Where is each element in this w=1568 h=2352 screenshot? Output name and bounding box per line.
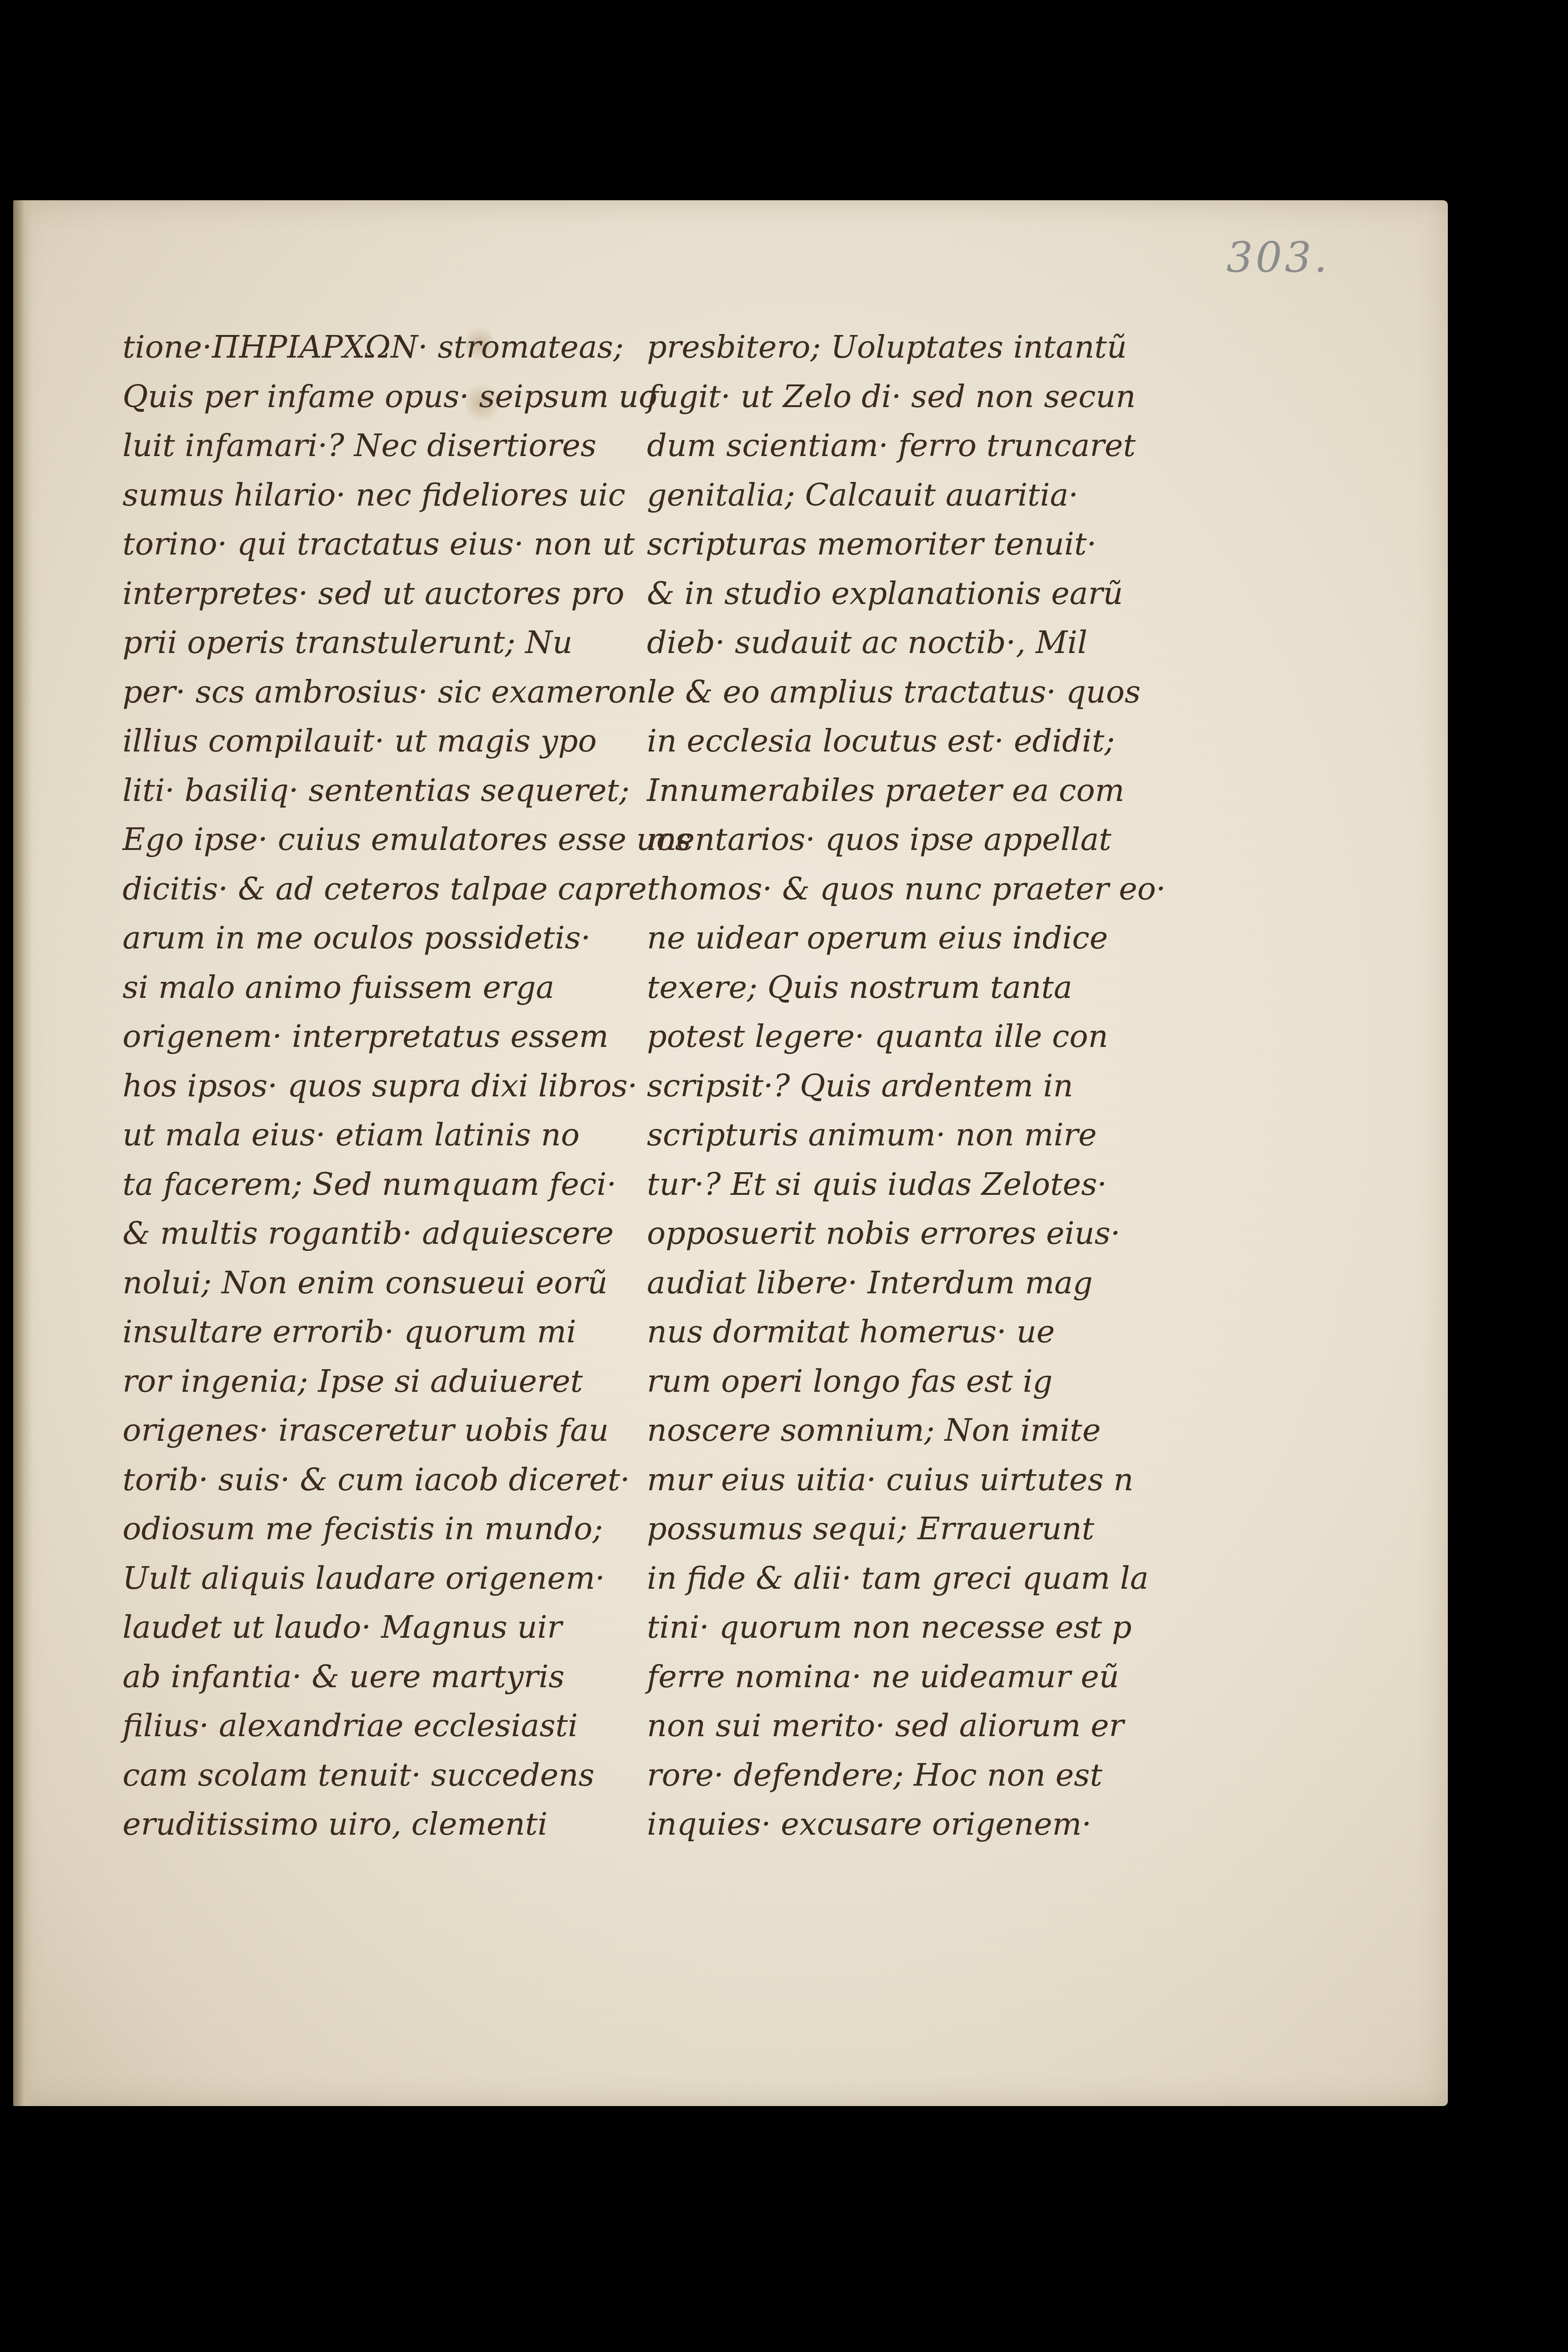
text-line: rore· defendere; Hoc non est	[647, 1751, 1189, 1800]
folio-number: 303.	[1226, 233, 1330, 282]
text-line: luit infamari·? Nec disertiores	[122, 421, 636, 471]
text-line: opposuerit nobis errores eius·	[647, 1209, 1189, 1258]
left-text-column: tione·ΠΗΡΙΑΡΧΩΝ· stromateas;Quis per inf…	[122, 323, 636, 1849]
text-line: prii operis transtulerunt; Nu	[122, 618, 636, 668]
text-line: origenem· interpretatus essem	[122, 1012, 636, 1062]
text-line: ror ingenia; Ipse si aduiueret	[122, 1357, 636, 1406]
text-line: rum operi longo fas est ig	[647, 1357, 1189, 1406]
text-line: fugit· ut Zelo di· sed non secun	[647, 372, 1189, 422]
text-line: Innumerabiles praeter ea com	[647, 766, 1189, 816]
text-line: Quis per infame opus· seipsum uo	[122, 372, 636, 422]
text-line: scripsit·? Quis ardentem in	[647, 1062, 1189, 1111]
text-line: thomos· & quos nunc praeter eo·	[647, 865, 1189, 914]
text-line: possumus sequi; Errauerunt	[647, 1504, 1189, 1554]
text-line: si malo animo fuissem erga	[122, 963, 636, 1013]
text-line: nus dormitat homerus· ue	[647, 1307, 1189, 1357]
text-line: odiosum me fecistis in mundo;	[122, 1504, 636, 1554]
text-line: tur·? Et si quis iudas Zelotes·	[647, 1160, 1189, 1209]
text-line: dicitis· & ad ceteros talpae capre	[122, 865, 636, 914]
text-line: ut mala eius· etiam latinis no	[122, 1111, 636, 1160]
text-line: scripturis animum· non mire	[647, 1111, 1189, 1160]
text-line: potest legere· quanta ille con	[647, 1012, 1189, 1062]
text-line: origenes· irasceretur uobis fau	[122, 1406, 636, 1455]
text-line: non sui merito· sed aliorum er	[647, 1701, 1189, 1751]
binding-edge	[13, 200, 32, 2106]
text-line: sumus hilario· nec fideliores uic	[122, 471, 636, 520]
text-line: le & eo amplius tractatus· quos	[647, 668, 1189, 717]
text-line: ferre nomina· ne uideamur eũ	[647, 1652, 1189, 1702]
text-line: insultare errorib· quorum mi	[122, 1307, 636, 1357]
text-line: eruditissimo uiro, clementi	[122, 1800, 636, 1849]
text-line: per· scs ambrosius· sic exameron	[122, 668, 636, 717]
text-line: in ecclesia locutus est· edidit;	[647, 717, 1189, 766]
text-line: liti· basiliq· sententias sequeret;	[122, 766, 636, 816]
text-line: Ego ipse· cuius emulatores esse uos	[122, 815, 636, 865]
text-line: tione·ΠΗΡΙΑΡΧΩΝ· stromateas;	[122, 323, 636, 372]
right-text-column: presbitero; Uoluptates intantũfugit· ut …	[647, 323, 1189, 1849]
text-line: audiat libere· Interdum mag	[647, 1258, 1189, 1308]
text-line: interpretes· sed ut auctores pro	[122, 569, 636, 619]
text-line: texere; Quis nostrum tanta	[647, 963, 1189, 1013]
text-line: inquies· excusare origenem·	[647, 1800, 1189, 1849]
text-line: torib· suis· & cum iacob diceret·	[122, 1455, 636, 1505]
text-line: dum scientiam· ferro truncaret	[647, 421, 1189, 471]
text-line: genitalia; Calcauit auaritia·	[647, 471, 1189, 520]
text-line: dieb· sudauit ac noctib·, Mil	[647, 618, 1189, 668]
text-line: ta facerem; Sed numquam feci·	[122, 1160, 636, 1209]
text-line: Uult aliquis laudare origenem·	[122, 1554, 636, 1603]
text-line: ab infantia· & uere martyris	[122, 1652, 636, 1702]
text-line: hos ipsos· quos supra dixi libros·	[122, 1062, 636, 1111]
text-line: mur eius uitia· cuius uirtutes n	[647, 1455, 1189, 1505]
text-line: arum in me oculos possidetis·	[122, 914, 636, 963]
text-line: noscere somnium; Non imite	[647, 1406, 1189, 1455]
text-line: ne uidear operum eius indice	[647, 914, 1189, 963]
text-line: & multis rogantib· adquiescere	[122, 1209, 636, 1258]
manuscript-page: 303. tione·ΠΗΡΙΑΡΧΩΝ· stromateas;Quis pe…	[13, 200, 1448, 2106]
text-line: & in studio explanationis earũ	[647, 569, 1189, 619]
text-line: tini· quorum non necesse est p	[647, 1603, 1189, 1652]
text-line: scripturas memoriter tenuit·	[647, 520, 1189, 569]
text-line: mentarios· quos ipse appellat	[647, 815, 1189, 865]
text-line: illius compilauit· ut magis ypo	[122, 717, 636, 766]
text-line: laudet ut laudo· Magnus uir	[122, 1603, 636, 1652]
text-line: torino· qui tractatus eius· non ut	[122, 520, 636, 569]
text-line: cam scolam tenuit· succedens	[122, 1751, 636, 1800]
text-line: filius· alexandriae ecclesiasti	[122, 1701, 636, 1751]
text-line: nolui; Non enim consueui eorũ	[122, 1258, 636, 1308]
text-line: presbitero; Uoluptates intantũ	[647, 323, 1189, 372]
text-line: in fide & alii· tam greci quam la	[647, 1554, 1189, 1603]
